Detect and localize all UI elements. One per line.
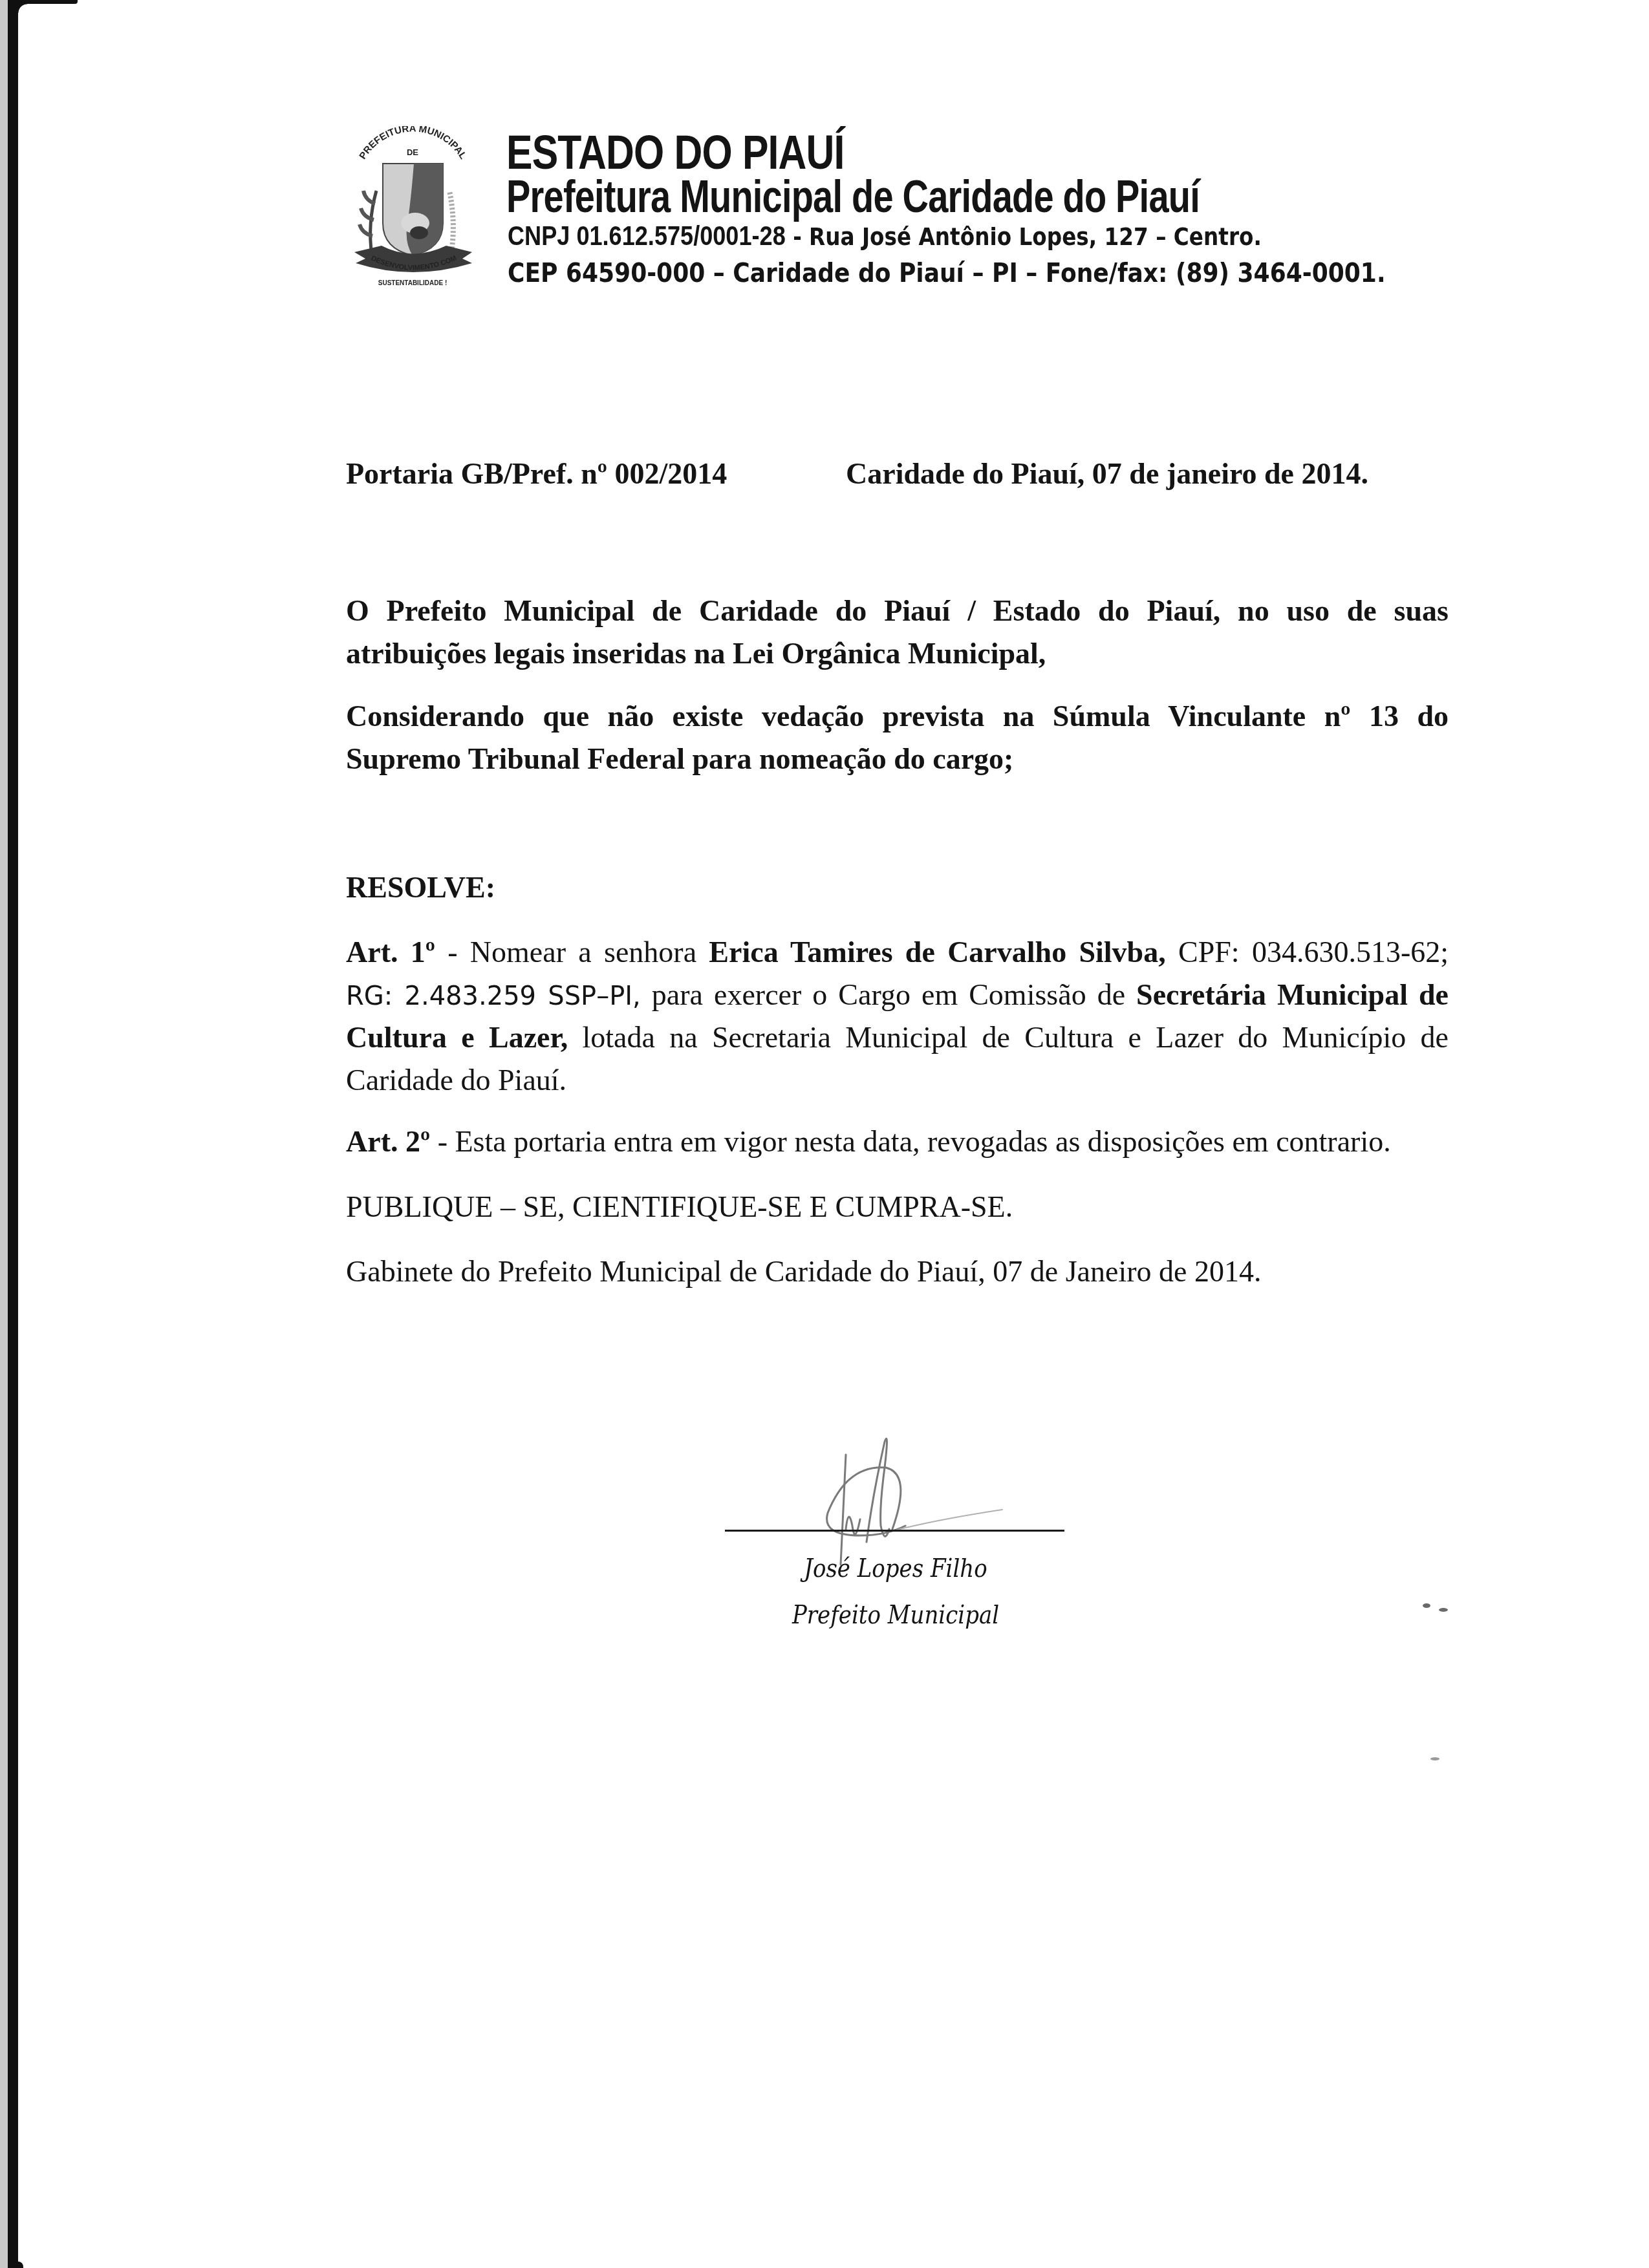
office-place-date: Gabinete do Prefeito Municipal de Carida… xyxy=(346,1250,1261,1293)
header-cnpj-address: CNPJ 01.612.575/0001-28 - Rua José Antôn… xyxy=(508,220,1262,253)
scan-speck xyxy=(1430,1757,1439,1760)
svg-text:DE: DE xyxy=(407,147,418,157)
considerando-paragraph: Considerando que não existe vedação prev… xyxy=(346,695,1449,780)
article-1-line: RG: 2.483.259 SSP–PI, para exercer o Car… xyxy=(346,974,1449,1016)
preamble-line: O Prefeito Municipal de Caridade do Piau… xyxy=(346,590,1449,632)
scan-speck xyxy=(1423,1603,1430,1608)
scan-edge-border xyxy=(8,0,18,2268)
article-1: Art. 1º - Nomear a senhora Erica Tamires… xyxy=(346,931,1449,1102)
place-date: Caridade do Piauí, 07 de janeiro de 2014… xyxy=(846,453,1368,495)
municipal-coat-of-arms-icon: PREFEITURA MUNICIPAL DE DESENVOLVIMENTO … xyxy=(343,126,482,288)
article-2-label: Art. 2º xyxy=(346,1125,430,1158)
svg-text:SUSTENTABILIDADE !: SUSTENTABILIDADE ! xyxy=(378,280,447,287)
cnpj: CNPJ 01.612.575/0001-28 xyxy=(508,220,786,251)
header-institution: Prefeitura Municipal de Caridade do Piau… xyxy=(506,172,1200,221)
article-1-label: Art. 1º xyxy=(346,936,435,968)
article-1-line: Cultura e Lazer, lotada na Secretaria Mu… xyxy=(346,1016,1449,1059)
appointee-rg: RG: 2.483.259 SSP–PI, xyxy=(346,981,641,1011)
portaria-number: Portaria GB/Pref. nº 002/2014 xyxy=(346,453,727,495)
signatory-name: José Lopes Filho xyxy=(786,1550,1006,1587)
signature-line xyxy=(725,1530,1064,1532)
preamble-line: atribuições legais inseridas na Lei Orgâ… xyxy=(346,632,1449,675)
scan-corner xyxy=(18,4,27,13)
header-cep-phone: CEP 64590-000 – Caridade do Piauí – PI –… xyxy=(508,257,1386,290)
header-state: ESTADO DO PIAUÍ xyxy=(506,127,845,178)
considerando-line: Considerando que não existe vedação prev… xyxy=(346,695,1449,738)
scan-corner xyxy=(18,2262,23,2268)
considerando-line: Supremo Tribunal Federal para nomeação d… xyxy=(346,738,1449,780)
address: - Rua José Antônio Lopes, 127 – Centro. xyxy=(786,222,1262,251)
appointee-cpf: CPF: 034.630.513-62; xyxy=(1166,936,1449,968)
publish-clause: PUBLIQUE – SE, CIENTIFIQUE-SE E CUMPRA-S… xyxy=(346,1186,1013,1228)
preamble-paragraph: O Prefeito Municipal de Caridade do Piau… xyxy=(346,590,1449,675)
scan-edge-shadow xyxy=(0,0,8,2268)
appointed-position-cont: Cultura e Lazer, xyxy=(346,1021,568,1054)
article-1-line: Caridade do Piauí. xyxy=(346,1059,1449,1102)
appointed-position: Secretária Municipal de xyxy=(1136,978,1449,1011)
signatory-title: Prefeito Municipal xyxy=(770,1597,1022,1633)
appointee-name: Erica Tamires de Carvalho Silvba, xyxy=(709,936,1165,968)
scan-speck xyxy=(1439,1608,1448,1612)
resolve-heading: RESOLVE: xyxy=(346,866,495,909)
article-1-line: Art. 1º - Nomear a senhora Erica Tamires… xyxy=(346,931,1449,974)
article-2: Art. 2º - Esta portaria entra em vigor n… xyxy=(346,1120,1391,1163)
